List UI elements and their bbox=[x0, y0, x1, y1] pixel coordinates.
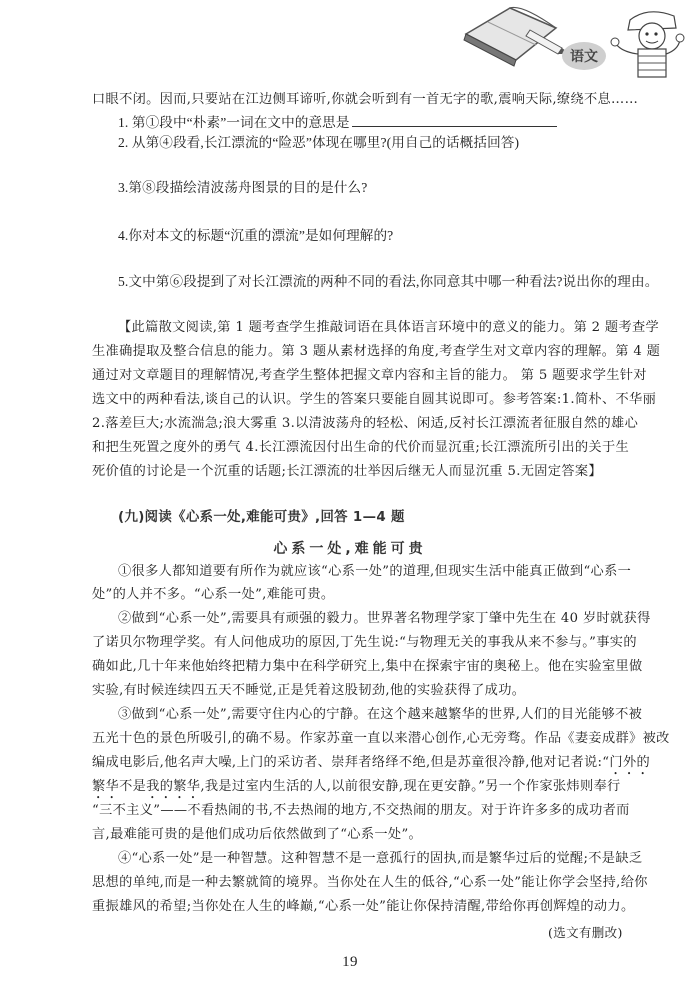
question-2: 2. 从第④段看,长江漂流的“险恶”体现在哪里?(用自己的话概括回答) bbox=[118, 133, 700, 153]
paragraph-2-line: ②做到“心系一处”,需要具有顽强的毅力。世界著名物理学家丁肇中先生在 40 岁时… bbox=[118, 609, 682, 629]
paragraph-2-line: 实验,有时候连续四五天不睡觉,正是凭着这股韧劲,他的实验获得了成功。 bbox=[92, 681, 682, 701]
section-heading: (九)阅读《心系一处,难能可贵》,回答 1—4 题 bbox=[118, 508, 700, 528]
question-3: 3.第⑧段描绘清波荡舟图景的目的是什么? bbox=[118, 178, 700, 198]
emphasized-text: 繁华 bbox=[92, 779, 119, 794]
subject-badge: 语文 bbox=[570, 48, 598, 65]
paragraph-3-line: ③做到“心系一处”,需要守住内心的宁静。在这个越来越繁华的世界,人们的目光能够不… bbox=[118, 705, 682, 725]
passage-title: 心系一处,难能可贵 bbox=[0, 539, 700, 559]
paragraph-2-line: 了诺贝尔物理学奖。有人问他成功的原因,丁先生说:“与物理无关的事我从来不参与。”… bbox=[92, 633, 682, 653]
text-span: ,我是过室内生活的人,以前很安静,现在更安静。”另一个作家张炜则奉行 bbox=[200, 779, 620, 794]
header-illustration: 语文 bbox=[452, 2, 692, 80]
source-note: (选文有删改) bbox=[548, 923, 700, 943]
text-span: 编成电影后,他名声大噪,上门的采访者、崇拜者络绎不绝,但是苏童很冷静,他对记者说… bbox=[92, 755, 609, 770]
continued-paragraph: 口眼不闭。因而,只要站在江边侧耳谛听,你就会听到有一首无字的歌,震响天际,缭绕不… bbox=[92, 90, 682, 110]
analysis-line: 【此篇散文阅读,第 1 题考查学生推敲词语在具体语言环境中的意义的能力。第 2 … bbox=[118, 318, 682, 338]
analysis-line: 2.落差巨大;水流湍急;浪大雾重 3.以清波荡舟的轻松、闲适,反衬长江漂流者征服… bbox=[92, 414, 682, 434]
page-number: 19 bbox=[0, 952, 700, 972]
paragraph-3-line: 繁华不是我的繁华,我是过室内生活的人,以前很安静,现在更安静。”另一个作家张炜则… bbox=[92, 777, 682, 802]
question-1: 1. 第①段中“朴素”一词在文中的意思是 bbox=[118, 112, 700, 133]
text-span: 不是 bbox=[119, 779, 146, 794]
paragraph-2-line: 确如此,几十年来他始终把精力集中在科学研究上,集中在探索宇宙的奥秘上。他在实验室… bbox=[92, 657, 682, 677]
emphasized-text: 门外的 bbox=[609, 755, 650, 770]
question-4: 4.你对本文的标题“沉重的漂流”是如何理解的? bbox=[118, 226, 700, 246]
analysis-line: 和把生死置之度外的勇气 4.长江漂流因付出生命的代价而显沉重;长江漂流所引出的关… bbox=[92, 438, 682, 458]
paragraph-3-line: 言,最难能可贵的是他们成功后依然做到了“心系一处”。 bbox=[92, 825, 682, 845]
question-1-text: 1. 第①段中“朴素”一词在文中的意思是 bbox=[118, 115, 350, 130]
paragraph-3-line: “三不主义”——不看热闹的书,不去热闹的地方,不交热闹的朋友。对于许许多多的成功… bbox=[92, 801, 682, 821]
analysis-line: 通过对文章题目的理解情况,考查学生整体把握文章内容和主旨的能力。 第 5 题要求… bbox=[92, 366, 682, 386]
analysis-line: 选文中的两种看法,谈自己的认识。学生的答案只要能自圆其说即可。参考答案:1.简朴… bbox=[92, 390, 682, 410]
paragraph-4-line: 思想的单纯,而是一种去繁就简的境界。当你处在人生的低谷,“心系一处”能让你学会坚… bbox=[92, 873, 682, 893]
book-pencil-boy-icon: 语文 bbox=[452, 2, 692, 80]
paragraph-4-line: 重振雄风的希望;当你处在人生的峰巅,“心系一处”能让你保持清醒,带给你再创辉煌的… bbox=[92, 897, 682, 917]
analysis-line: 生准确提取及整合信息的能力。第 3 题从素材选择的角度,考查学生对文章内容的理解… bbox=[92, 342, 682, 362]
paragraph-3-line: 五光十色的景色所吸引,的确不易。作家苏童一直以来潜心创作,心无旁骛。作品《妻妾成… bbox=[92, 729, 682, 749]
paragraph-1-line: 处”的人并不多。“心系一处”,难能可贵。 bbox=[92, 585, 682, 605]
textbook-page: 语文 口眼不闭。因而,只要站在江边侧耳谛听,你就会听到有一首无字的歌,震响天际,… bbox=[0, 0, 700, 986]
analysis-line: 死价值的讨论是一个沉重的话题;长江漂流的壮举因后继无人而显沉重 5.无固定答案】 bbox=[92, 462, 682, 482]
paragraph-1-line: ①很多人都知道要有所作为就应该“心系一处”的道理,但现实生活中能真正做到“心系一 bbox=[118, 562, 682, 582]
question-5: 5.文中第⑥段提到了对长江漂流的两种不同的看法,你同意其中哪一种看法?说出你的理… bbox=[118, 272, 700, 292]
answer-blank[interactable] bbox=[352, 112, 557, 127]
emphasized-text: 我的繁华 bbox=[146, 779, 200, 794]
paragraph-4-line: ④“心系一处”是一种智慧。这种智慧不是一意孤行的固执,而是繁华过后的觉醒;不是缺… bbox=[118, 849, 682, 869]
paragraph-3-line: 编成电影后,他名声大噪,上门的采访者、崇拜者络绎不绝,但是苏童很冷静,他对记者说… bbox=[92, 753, 682, 778]
